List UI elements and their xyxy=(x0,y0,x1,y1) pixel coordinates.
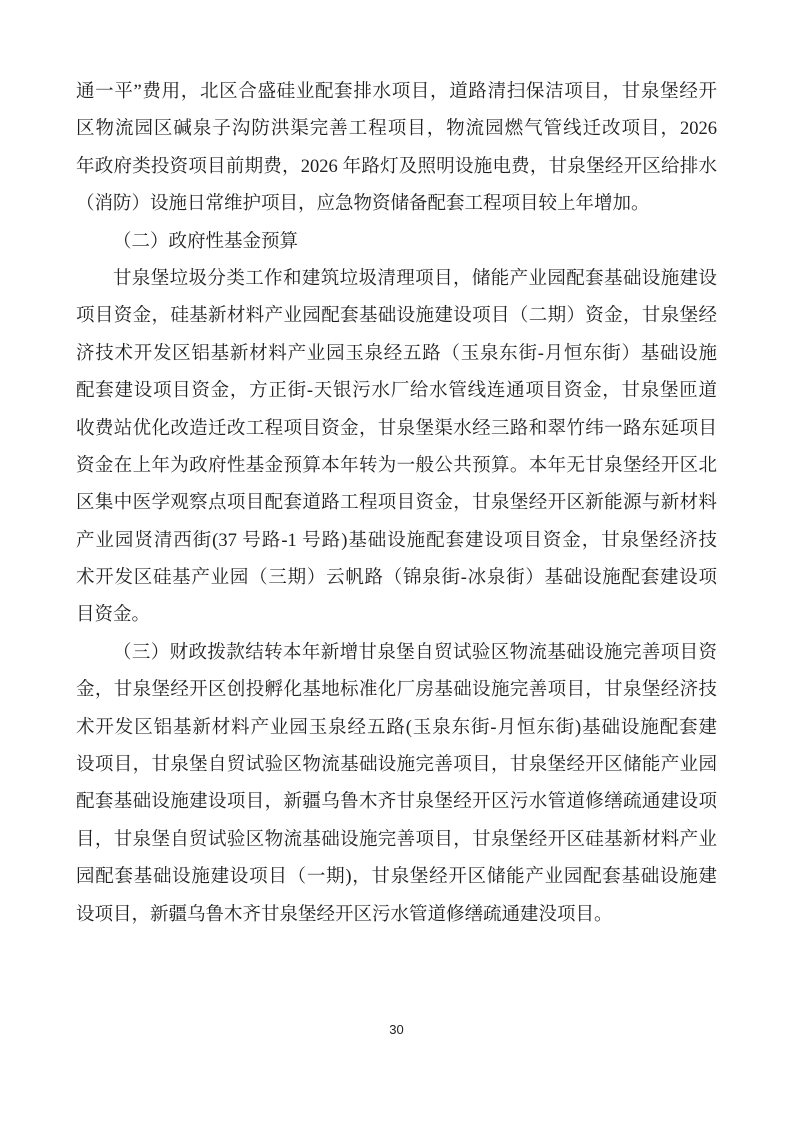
text-line: 项目资金，硅基新材料产业园配套基础设施建设项目（二期）资金，甘泉堡经 xyxy=(76,298,717,335)
text-line: （消防）设施日常维护项目，应急物资储备配套工程项目较上年增加。 xyxy=(76,186,717,223)
text-line: 甘泉堡垃圾分类工作和建筑垃圾清理项目，储能产业园配套基础设施建设 xyxy=(76,261,717,298)
paragraph-section-three-carryover: （三）财政拨款结转本年新增甘泉堡自贸试验区物流基础设施完善项目资金，甘泉堡经开区… xyxy=(76,635,717,934)
text-line: 目资金。 xyxy=(76,597,717,634)
text-line: 设项目，甘泉堡自贸试验区物流基础设施完善项目，甘泉堡经开区储能产业园 xyxy=(76,747,717,784)
text-line: 区集中医学观察点项目配套道路工程项目资金，甘泉堡经开区新能源与新材料 xyxy=(76,485,717,522)
heading-section-two: （二）政府性基金预算 xyxy=(76,224,717,261)
text-line: 术开发区铝基新材料产业园玉泉经五路(玉泉东街-月恒东街)基础设施配套建 xyxy=(76,710,717,747)
text-line: 配套基础设施建设项目，新疆乌鲁木齐甘泉堡经开区污水管道修缮疏通建设项 xyxy=(76,784,717,821)
document-page: 通一平”费用，北区合盛硅业配套排水项目，道路清扫保洁项目，甘泉堡经开区物流园区碱… xyxy=(0,0,793,1122)
document-body: 通一平”费用，北区合盛硅业配套排水项目，道路清扫保洁项目，甘泉堡经开区物流园区碱… xyxy=(76,74,717,934)
text-line: 收费站优化改造迁改工程项目资金，甘泉堡渠水经三路和翠竹纬一路东延项目 xyxy=(76,411,717,448)
text-line: 区物流园区碱泉子沟防洪渠完善工程项目，物流园燃气管线迁改项目，2026 xyxy=(76,111,717,148)
text-line: 济技术开发区铝基新材料产业园玉泉经五路（玉泉东街-月恒东街）基础设施 xyxy=(76,336,717,373)
page-number: 30 xyxy=(389,1022,403,1037)
paragraph-general-budget-continuation: 通一平”费用，北区合盛硅业配套排水项目，道路清扫保洁项目，甘泉堡经开区物流园区碱… xyxy=(76,74,717,224)
paragraph-government-fund-budget: 甘泉堡垃圾分类工作和建筑垃圾清理项目，储能产业园配套基础设施建设项目资金，硅基新… xyxy=(76,261,717,635)
text-line: 资金在上年为政府性基金预算本年转为一般公共预算。本年无甘泉堡经开区北 xyxy=(76,448,717,485)
text-line: （二）政府性基金预算 xyxy=(76,224,717,261)
text-line: 园配套基础设施建设项目（一期)，甘泉堡经开区储能产业园配套基础设施建 xyxy=(76,859,717,896)
text-line: 目，甘泉堡自贸试验区物流基础设施完善项目，甘泉堡经开区硅基新材料产业 xyxy=(76,822,717,859)
text-line: 金，甘泉堡经开区创投孵化基地标准化厂房基础设施完善项目，甘泉堡经济技 xyxy=(76,672,717,709)
text-line: 年政府类投资项目前期费，2026 年路灯及照明设施电费，甘泉堡经开区给排水 xyxy=(76,149,717,186)
text-line: 通一平”费用，北区合盛硅业配套排水项目，道路清扫保洁项目，甘泉堡经开 xyxy=(76,74,717,111)
text-line: 产业园贤清西街(37 号路-1 号路)基础设施配套建设项目资金，甘泉堡经济技 xyxy=(76,523,717,560)
text-line: 设项目，新疆乌鲁木齐甘泉堡经开区污水管道修缮疏通建没项目。 xyxy=(76,897,717,934)
page-footer: 30 xyxy=(0,1022,793,1037)
text-line: 配套建设项目资金，方正街-天银污水厂给水管线连通项目资金，甘泉堡匝道 xyxy=(76,373,717,410)
text-line: 术开发区硅基产业园（三期）云帆路（锦泉街-冰泉街）基础设施配套建设项 xyxy=(76,560,717,597)
text-line: （三）财政拨款结转本年新增甘泉堡自贸试验区物流基础设施完善项目资 xyxy=(76,635,717,672)
